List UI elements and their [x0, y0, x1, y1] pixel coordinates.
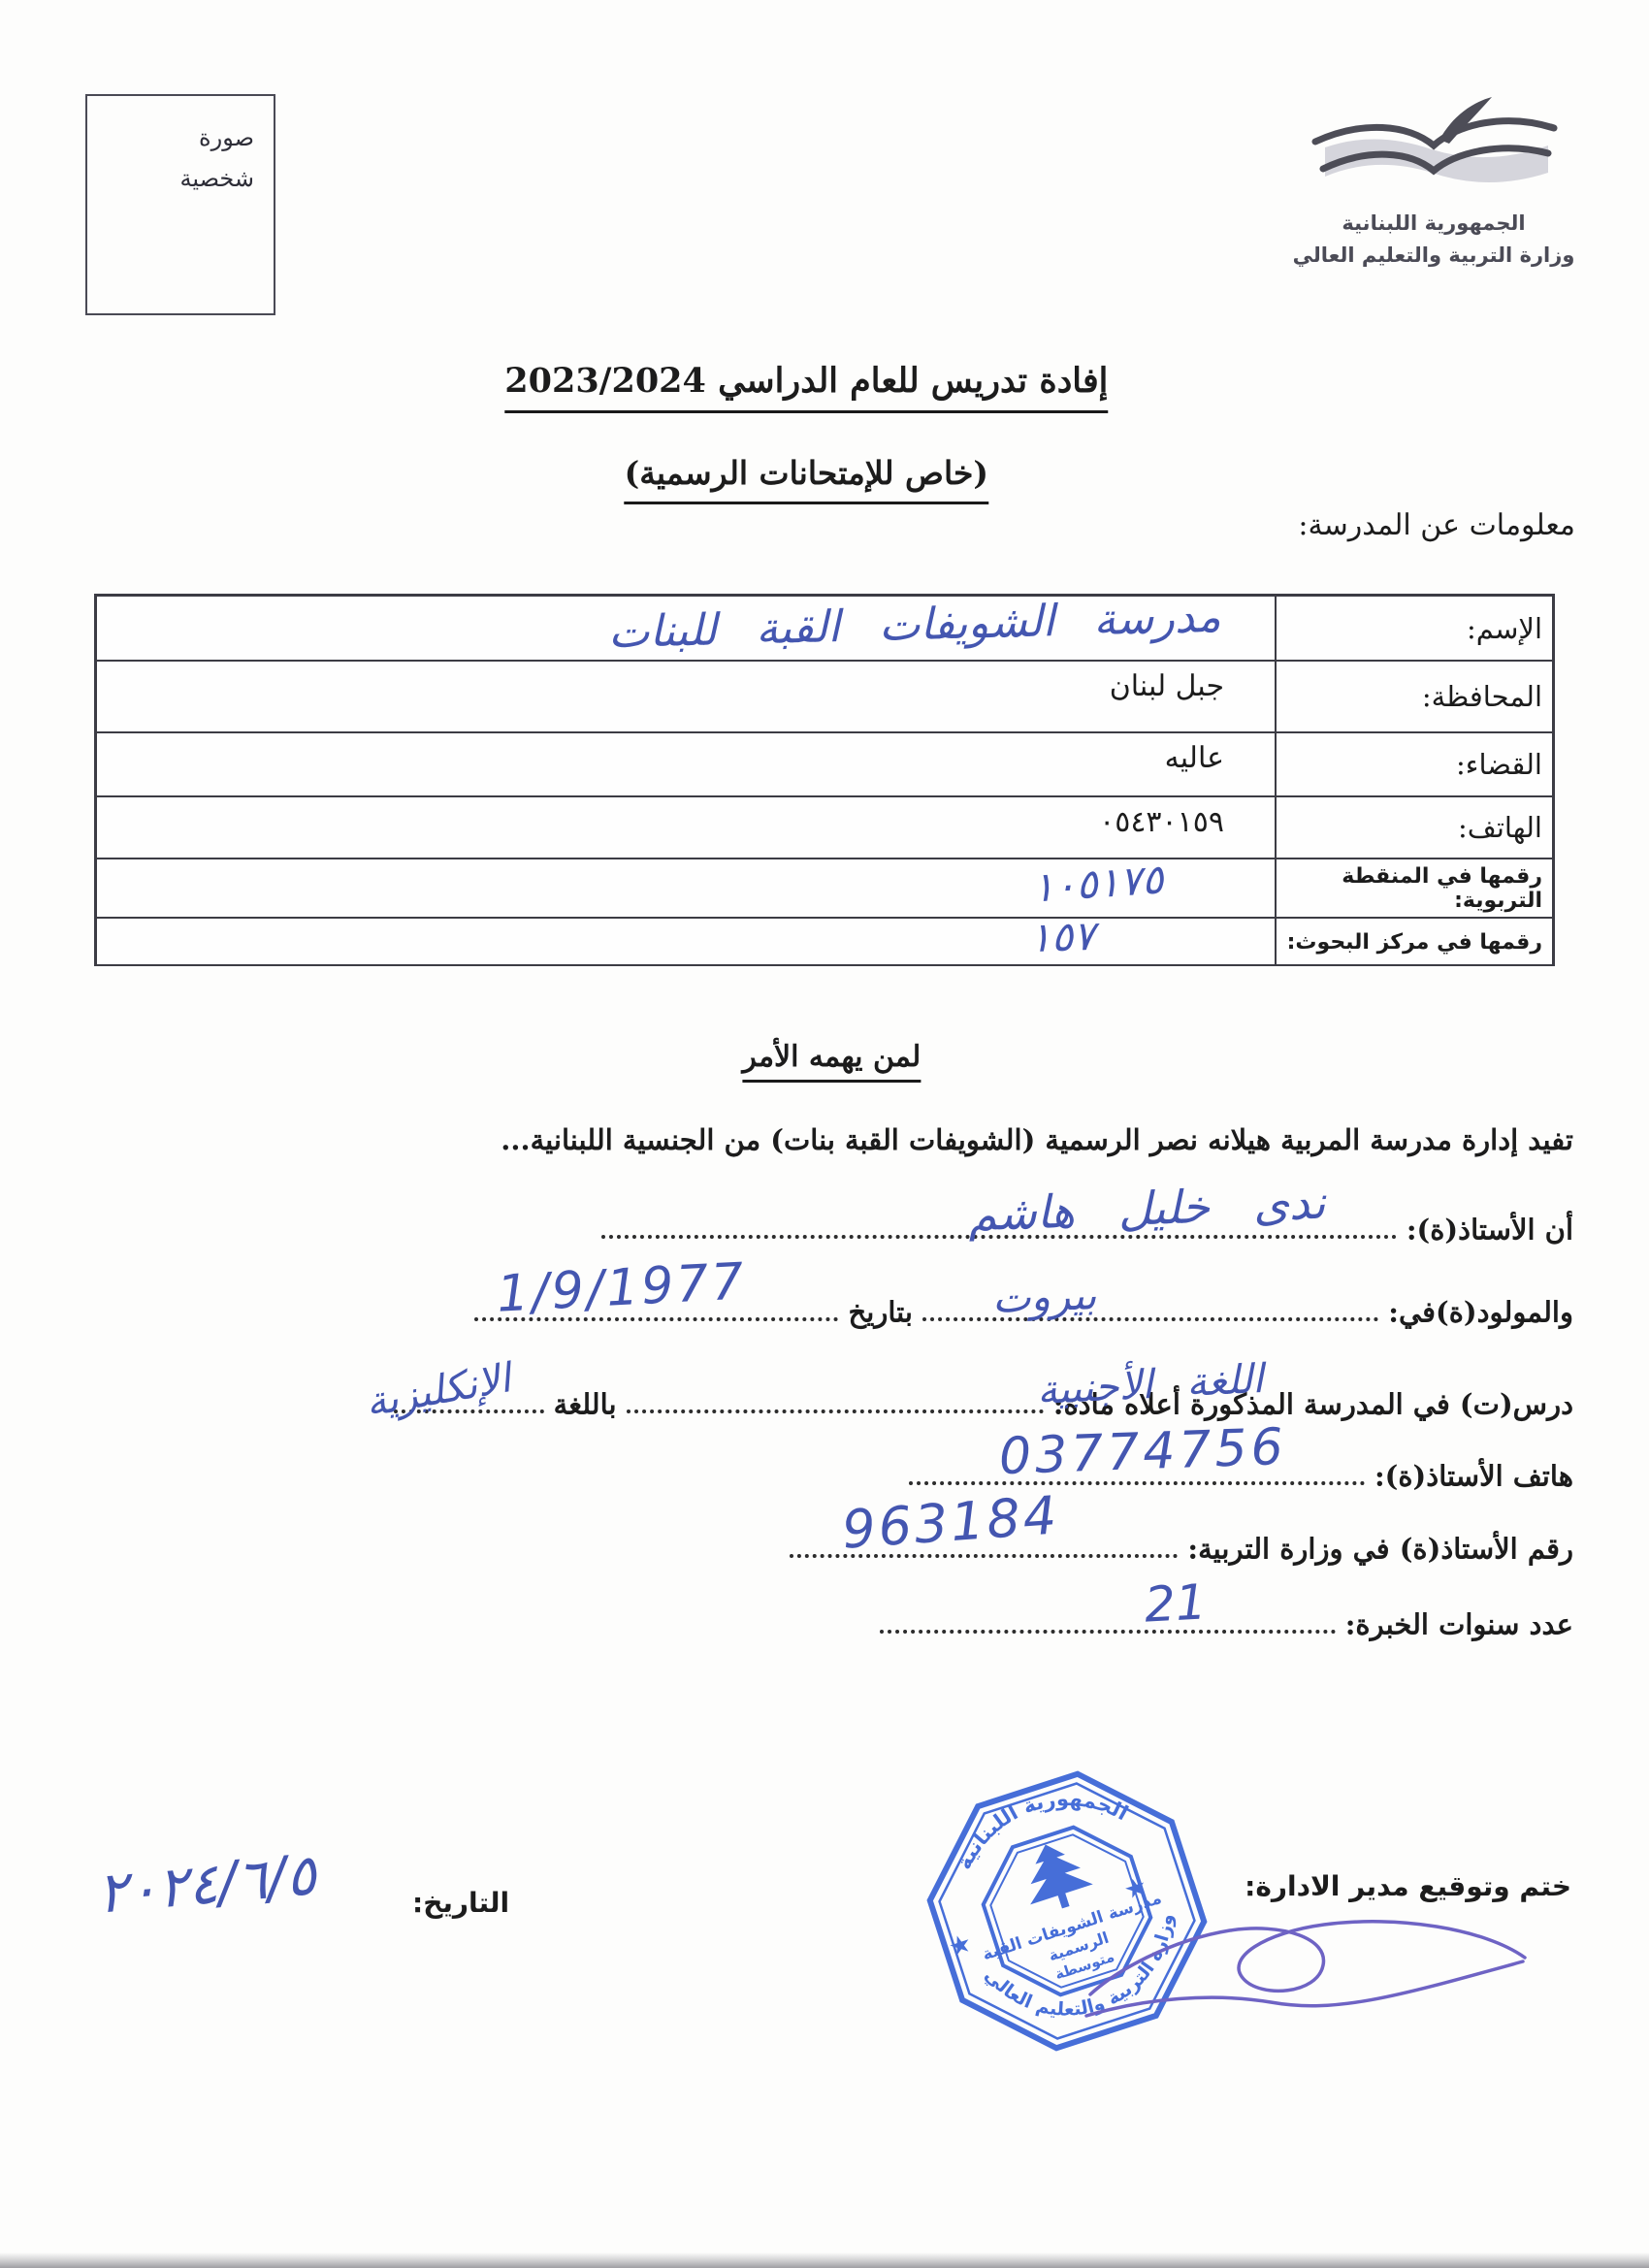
- subject-line: درس(ت) في المدرسة المذكورة أعلاه مادة: ب…: [58, 1380, 1573, 1420]
- experience-label: عدد سنوات الخبرة:: [1345, 1607, 1573, 1640]
- ministry-name-line2: وزارة التربية والتعليم العالي: [1278, 240, 1589, 272]
- teacher-phone-label: هاتف الأستاذ(ة):: [1374, 1459, 1573, 1492]
- handwritten-teacher-phone: 03774756: [998, 1418, 1288, 1486]
- director-signature: [1077, 1882, 1542, 2105]
- intro-paragraph: تفيد إدارة مدرسة المربية هيلانه نصر الرس…: [58, 1123, 1573, 1156]
- handwritten-research-number: ١٥٧: [1028, 912, 1095, 961]
- handwritten-language: الإنكليزية: [362, 1354, 514, 1425]
- table-value-phone: ٠٥٤٣٠١٥٩: [96, 796, 1276, 859]
- signature-scribble-icon: [1077, 1882, 1542, 2105]
- birth-date-label: بتاريخ: [849, 1295, 913, 1328]
- teacher-name-line: أن الأستاذ(ة): ندى خليل هاشم: [58, 1206, 1573, 1246]
- ministry-id-line: رقم الأستاذ(ة) في وزارة التربية: 963184: [58, 1525, 1573, 1565]
- title-block: إفادة تدريس للعام الدراسي 2023/2024 (خاص…: [504, 361, 1108, 504]
- teacher-name-label: أن الأستاذ(ة):: [1406, 1213, 1573, 1246]
- ministry-logo-block: الجمهورية اللبنانية وزارة التربية والتعل…: [1278, 97, 1589, 271]
- scan-edge-shadow: [0, 2252, 1649, 2268]
- dotted-leader: [880, 1601, 1336, 1634]
- table-label-phone: الهاتف:: [1276, 796, 1553, 859]
- handwritten-experience-years: 21: [1144, 1573, 1209, 1633]
- table-label-name: الإسم:: [1276, 596, 1553, 661]
- table-value-name: مدرسة الشويفات القبة للبنات: [96, 596, 1276, 661]
- date-label: التاريخ:: [412, 1887, 509, 1919]
- handwritten-school-name: مدرسة الشويفات القبة للبنات: [608, 591, 1222, 659]
- table-label-research-center-number: رقمها في مركز البحوث:: [1276, 918, 1553, 966]
- handwritten-zone-number: ١٠٥١٧٥: [1030, 855, 1164, 911]
- handwritten-birth-place: بيروت: [991, 1271, 1097, 1322]
- birth-line: والمولود(ة)في: بتاريخ بيروت 1/9/1977: [58, 1288, 1573, 1328]
- table-label-district: القضاء:: [1276, 732, 1553, 796]
- school-info-heading: معلومات عن المدرسة:: [1298, 508, 1575, 542]
- table-value-district: عاليه: [96, 732, 1276, 796]
- school-phone-value: ٠٥٤٣٠١٥٩: [1099, 805, 1224, 839]
- photo-label-line2: شخصية: [107, 158, 254, 199]
- table-value-research-center-number: ١٥٧: [96, 918, 1276, 966]
- dotted-leader: [627, 1380, 1044, 1413]
- teacher-phone-line: هاتف الأستاذ(ة): 03774756: [58, 1452, 1573, 1492]
- handwritten-date: ٢٠٢٤/٦/٥: [94, 1841, 318, 1926]
- district-value: عاليه: [1165, 741, 1224, 775]
- ministry-name-line1: الجمهورية اللبنانية: [1278, 208, 1589, 240]
- table-value-educational-zone-number: ١٠٥١٧٥: [96, 859, 1276, 918]
- experience-line: عدد سنوات الخبرة: 21: [58, 1601, 1573, 1640]
- to-whom-heading: لمن يهمه الأمر: [742, 1040, 921, 1083]
- open-book-icon: [1298, 97, 1569, 206]
- school-info-table: الإسم: مدرسة الشويفات القبة للبنات المحا…: [94, 594, 1555, 966]
- document-title: إفادة تدريس للعام الدراسي 2023/2024: [504, 361, 1108, 413]
- birth-label: والمولود(ة)في:: [1388, 1295, 1573, 1328]
- governorate-value: جبل لبنان: [1110, 669, 1224, 703]
- scanned-teaching-certificate: صورة شخصية الجمهورية اللبنانية وزارة الت…: [0, 0, 1649, 2268]
- language-label: باللغة: [554, 1387, 617, 1420]
- dotted-leader: [922, 1288, 1378, 1321]
- ministry-id-label: رقم الأستاذ(ة) في وزارة التربية:: [1187, 1532, 1573, 1565]
- document-subtitle: (خاص للإمتحانات الرسمية): [625, 454, 988, 504]
- table-value-governorate: جبل لبنان: [96, 661, 1276, 732]
- photo-placeholder-box: صورة شخصية: [85, 94, 275, 315]
- table-label-educational-zone-number: رقمها في المنقطة التربوية:: [1276, 859, 1553, 918]
- table-label-governorate: المحافظة:: [1276, 661, 1553, 732]
- photo-label-line1: صورة: [107, 117, 254, 158]
